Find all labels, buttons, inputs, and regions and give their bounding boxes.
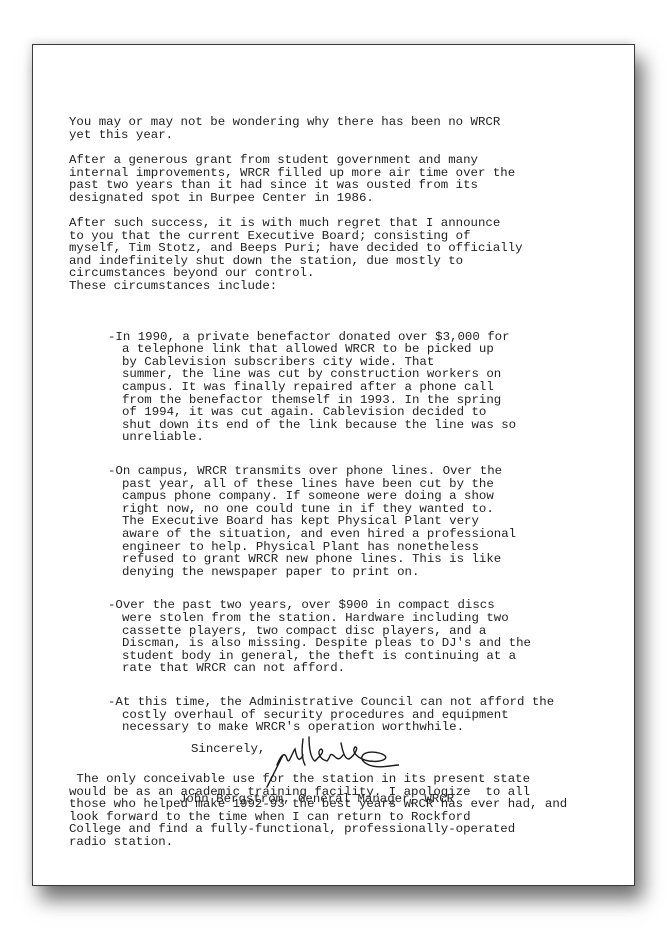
- text-line: Discman, is also missing. Despite pleas …: [108, 637, 567, 650]
- text-line: radio station.: [69, 836, 567, 849]
- list-item: -Over the past two years, over $900 in c…: [108, 599, 567, 675]
- text-line: aware of the situation, and even hired a…: [108, 528, 567, 541]
- text-line: denying the newspaper paper to print on.: [108, 566, 567, 579]
- intro-paragraphs: You may or may not be wondering why ther…: [69, 116, 567, 292]
- text-line: These circumstances include:: [69, 280, 567, 293]
- paragraph: After a generous grant from student gove…: [69, 154, 567, 204]
- text-line: yet this year.: [69, 129, 567, 142]
- text-line: -At this time, the Administrative Counci…: [108, 696, 567, 709]
- paragraph: You may or may not be wondering why ther…: [69, 116, 567, 141]
- paragraph: After such success, it is with much regr…: [69, 217, 567, 293]
- text-line: campus phone company. If someone were do…: [108, 490, 567, 503]
- text-line: campus. It was finally repaired after a …: [108, 381, 567, 394]
- text-line: After a generous grant from student gove…: [69, 154, 567, 167]
- text-line: past two years than it had since it was …: [69, 179, 567, 192]
- text-line: You may or may not be wondering why ther…: [69, 116, 567, 129]
- text-line: designated spot in Burpee Center in 1986…: [69, 192, 567, 205]
- signer-name: John Bergstrom, General Manager, WRCR: [179, 792, 454, 806]
- letter-page: You may or may not be wondering why ther…: [32, 44, 635, 886]
- list-item: -On campus, WRCR transmits over phone li…: [108, 465, 567, 578]
- text-line: refused to grant WRCR new phone lines. T…: [108, 553, 567, 566]
- text-line: -On campus, WRCR transmits over phone li…: [108, 465, 567, 478]
- text-line: unreliable.: [108, 431, 567, 444]
- text-line: College and find a fully-functional, pro…: [69, 823, 567, 836]
- signature-icon: [259, 725, 399, 795]
- text-line: were stolen from the station. Hardware i…: [108, 612, 567, 625]
- text-line: myself, Tim Stotz, and Beeps Puri; have …: [69, 242, 567, 255]
- circumstances-list: -In 1990, a private benefactor donated o…: [108, 331, 567, 734]
- list-item: -In 1990, a private benefactor donated o…: [108, 331, 567, 444]
- text-line: of 1994, it was cut again. Cablevision d…: [108, 406, 567, 419]
- valediction: Sincerely,: [191, 742, 265, 756]
- text-line: rate that WRCR can not afford.: [108, 662, 567, 675]
- text-line: After such success, it is with much regr…: [69, 217, 567, 230]
- text-line: a telephone link that allowed WRCR to be…: [108, 343, 567, 356]
